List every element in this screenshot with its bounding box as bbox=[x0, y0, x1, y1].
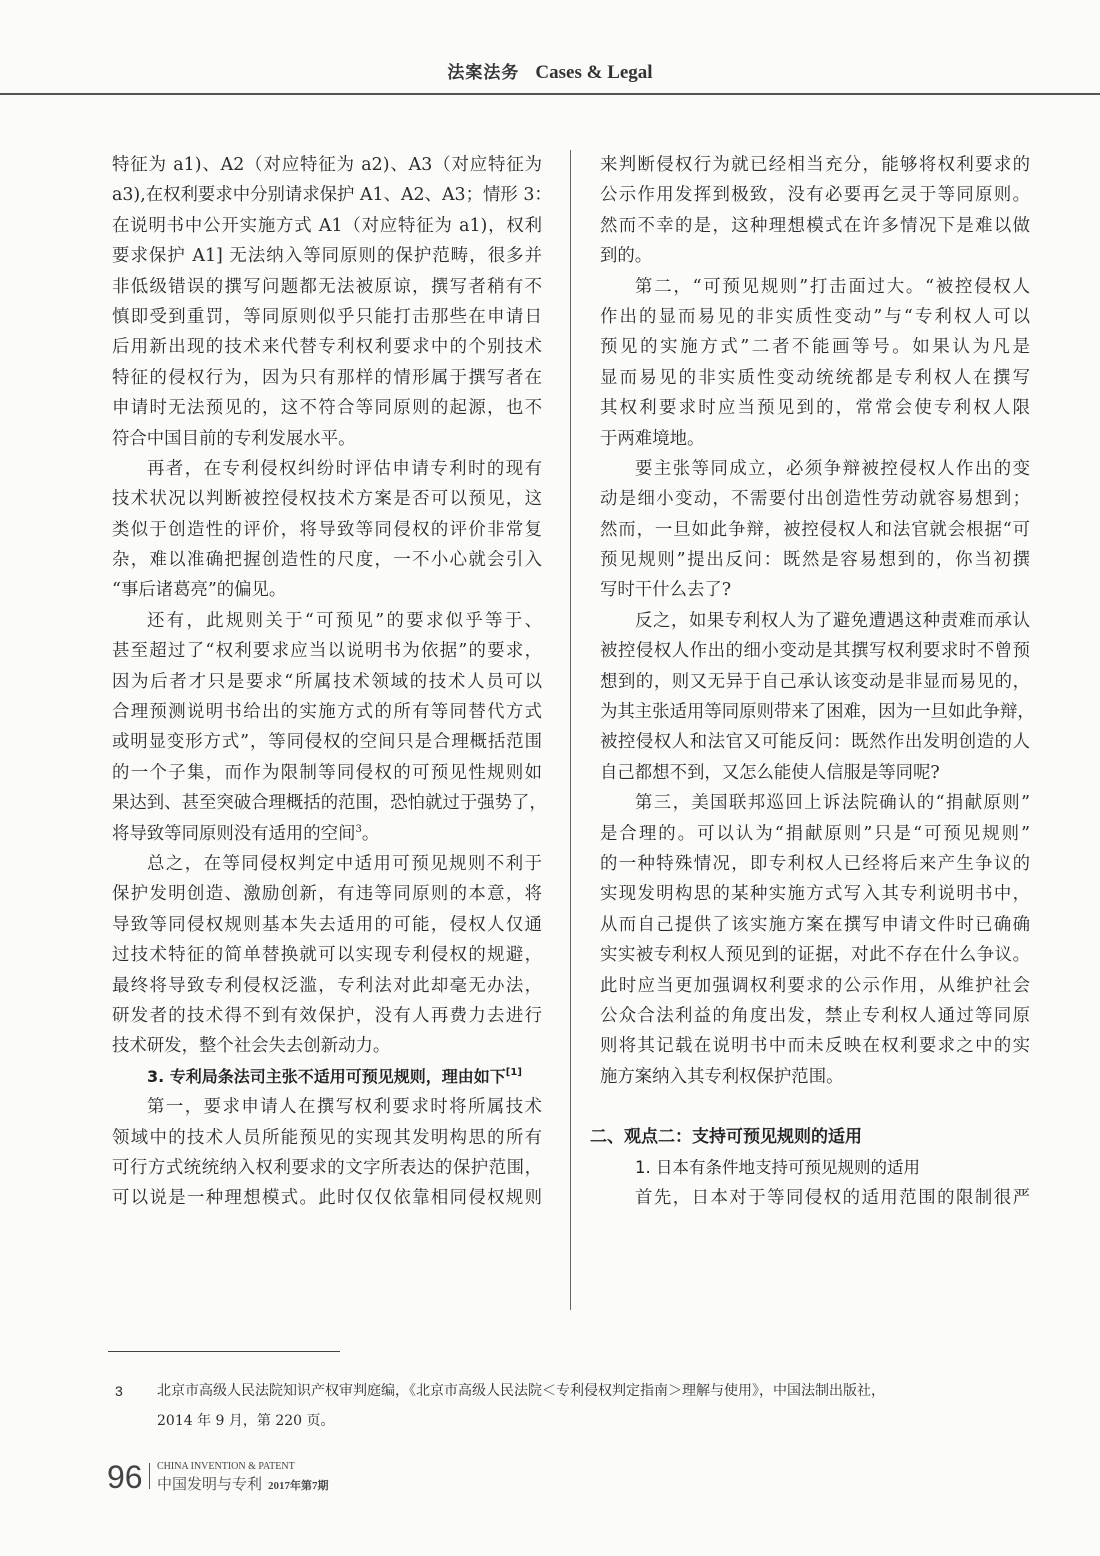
text-line: 实现发明构思的某种实施方式写入其专利说明书中， bbox=[600, 879, 1030, 909]
text-line: 总之，在等同侵权判定中适用可预见规则不利于 bbox=[112, 849, 542, 879]
text-line: 其权利要求时应当预见到的，常常会使专利权人限 bbox=[600, 393, 1030, 423]
paragraph: 第二，“可预见规则”打击面过大。“被控侵权人 作出的显而易见的非实质性变动”与“… bbox=[600, 272, 1030, 454]
left-column: 特征为 a1)、A2（对应特征为 a2)、A3（对应特征为 a3),在权利要求中… bbox=[112, 150, 542, 1214]
paragraph: 还有，此规则关于“可预见”的要求似乎等于、 甚至超过了“权利要求应当以说明书为依… bbox=[112, 606, 542, 849]
text-line: 保护发明创造、激励创新，有违等同原则的本意，将 bbox=[112, 879, 542, 909]
footnote-text: 北京市高级人民法院知识产权审判庭编，《北京市高级人民法院＜专利侵权判定指南＞理解… bbox=[157, 1376, 1035, 1406]
paragraph: 总之，在等同侵权判定中适用可预见规则不利于 保护发明创造、激励创新，有违等同原则… bbox=[112, 849, 542, 1062]
text-line: 施方案纳入其专利权保护范围。 bbox=[600, 1062, 1030, 1092]
footnote-text: 2014 年 9 月，第 220 页。 bbox=[157, 1406, 1035, 1436]
paragraph: 来判断侵权行为就已经相当充分，能够将权利要求的 公示作用发挥到极致，没有必要再乞… bbox=[600, 150, 1030, 272]
text-line: 到的。 bbox=[600, 241, 1030, 271]
paragraph: 特征为 a1)、A2（对应特征为 a2)、A3（对应特征为 a3),在权利要求中… bbox=[112, 150, 542, 454]
text-line: 第二，“可预见规则”打击面过大。“被控侵权人 bbox=[600, 272, 1030, 302]
text-line: 此时应当更加强调权利要求的公示作用，从维护社会 bbox=[600, 971, 1030, 1001]
text-line: 技术研发，整个社会失去创新动力。 bbox=[112, 1031, 542, 1061]
section-title-en: Cases & Legal bbox=[535, 62, 652, 83]
text-line: 符合中国目前的专利发展水平。 bbox=[112, 424, 542, 454]
text-line: 动是细小变动，不需要付出创造性劳动就容易想到； bbox=[600, 484, 1030, 514]
text-line: 技术状况以判断被控侵权技术方案是否可以预见，这 bbox=[112, 484, 542, 514]
text-line: 果达到、甚至突破合理概括的范围，恐怕就过于强势了， bbox=[112, 788, 542, 818]
text-line: 最终将导致专利侵权泛滥，专利法对此却毫无办法， bbox=[112, 971, 542, 1001]
text-line: 为其主张适用等同原则带来了困难，因为一旦如此争辩， bbox=[600, 697, 1030, 727]
text-line: 将导致等同原则没有适用的空间3。 bbox=[112, 819, 542, 849]
text-line: 公示作用发挥到极致，没有必要再乞灵于等同原则。 bbox=[600, 180, 1030, 210]
header-rule bbox=[0, 93, 1100, 95]
journal-title: 中国发明与专利 bbox=[157, 1475, 262, 1493]
text-line: 还有，此规则关于“可预见”的要求似乎等于、 bbox=[112, 606, 542, 636]
text-line: 首先，日本对于等同侵权的适用范围的限制很严 bbox=[600, 1183, 1030, 1213]
text-line: 特征为 a1)、A2（对应特征为 a2)、A3（对应特征为 bbox=[112, 150, 542, 180]
text-line: 特征的侵权行为，因为只有那样的情形属于撰写者在 bbox=[112, 363, 542, 393]
footnote: 3 北京市高级人民法院知识产权审判庭编，《北京市高级人民法院＜专利侵权判定指南＞… bbox=[115, 1376, 1035, 1436]
column-divider bbox=[570, 150, 571, 1310]
text-line: 甚至超过了“权利要求应当以说明书为依据”的要求， bbox=[112, 636, 542, 666]
text-line: 显而易见的非实质性变动统统都是专利权人在撰写 bbox=[600, 363, 1030, 393]
footnote-rule bbox=[108, 1351, 340, 1352]
text-line: 的一种特殊情况，即专利权人已经将后来产生争议的 bbox=[600, 849, 1030, 879]
journal-name-zh: 中国发明与专利2017年第7期 bbox=[157, 1473, 329, 1494]
paragraph: 要主张等同成立，必须争辩被控侵权人作出的变 动是细小变动，不需要付出创造性劳动就… bbox=[600, 454, 1030, 606]
issue-label: 2017年第7期 bbox=[268, 1480, 329, 1492]
paragraph: 第一，要求申请人在撰写权利要求时将所属技术 领域中的技术人员所能预见的实现其发明… bbox=[112, 1092, 542, 1214]
text-line: 从而自己提供了该实施方案在撰写申请文件时已确确 bbox=[600, 910, 1030, 940]
text-line: 或明显变形方式”，等同侵权的空间只是合理概括范围 bbox=[112, 727, 542, 757]
paragraph: 反之，如果专利权人为了避免遭遇这种责难而承认 被控侵权人作出的细小变动是其撰写权… bbox=[600, 606, 1030, 788]
text-line: 可行方式统统纳入权利要求的文字所表达的保护范围， bbox=[112, 1153, 542, 1183]
text-line: 预见的实施方式”二者不能画等号。如果认为凡是 bbox=[600, 332, 1030, 362]
section-title: 法案法务Cases & Legal bbox=[0, 58, 1100, 84]
text-line: 因为后者才只是要求“所属技术领域的技术人员可以 bbox=[112, 667, 542, 697]
text-line: “事后诸葛亮”的偏见。 bbox=[112, 575, 542, 605]
spacer bbox=[600, 1092, 1030, 1122]
text-line: 来判断侵权行为就已经相当充分，能够将权利要求的 bbox=[600, 150, 1030, 180]
text-line: 自己都想不到，又怎么能使人信服是等同呢? bbox=[600, 758, 1030, 788]
text-line: 再者，在专利侵权纠纷时评估申请专利时的现有 bbox=[112, 454, 542, 484]
subsection-heading-text: 3. 专利局条法司主张不适用可预见规则，理由如下 bbox=[147, 1067, 506, 1086]
text-line: 要主张等同成立，必须争辩被控侵权人作出的变 bbox=[600, 454, 1030, 484]
section-title-zh: 法案法务 bbox=[447, 63, 519, 83]
text-line: 要求保护 A1] 无法纳入等同原则的保护范畴，很多并 bbox=[112, 241, 542, 271]
text-line: 慎即受到重罚，等同原则似乎只能打击那些在申请日 bbox=[112, 302, 542, 332]
text-line: 导致等同侵权规则基本失去适用的可能，侵权人仅通 bbox=[112, 910, 542, 940]
reference-marker[interactable]: [1] bbox=[506, 1067, 522, 1078]
text-line: a3),在权利要求中分别请求保护 A1、A2、A3；情形 3： bbox=[112, 180, 542, 210]
text-line: 然而，一旦如此争辩，被控侵权人和法官就会根据“可 bbox=[600, 515, 1030, 545]
text-line: 则将其记载在说明书中而未反映在权利要求之中的实 bbox=[600, 1031, 1030, 1061]
text-fragment: 。 bbox=[362, 824, 379, 844]
text-line: 合理预测说明书给出的实施方式的所有等同替代方式 bbox=[112, 697, 542, 727]
subsection-heading: 1. 日本有条件地支持可预见规则的适用 bbox=[600, 1153, 1030, 1183]
text-line: 后用新出现的技术来代替专利权利要求中的个别技术 bbox=[112, 332, 542, 362]
text-line: 预见规则”提出反问：既然是容易想到的，你当初撰 bbox=[600, 545, 1030, 575]
text-line: 第一，要求申请人在撰写权利要求时将所属技术 bbox=[112, 1092, 542, 1122]
text-line: 然而不幸的是，这种理想模式在许多情况下是难以做 bbox=[600, 211, 1030, 241]
paragraph: 再者，在专利侵权纠纷时评估申请专利时的现有 技术状况以判断被控侵权技术方案是否可… bbox=[112, 454, 542, 606]
text-line: 杂，难以准确把握创造性的尺度，一不小心就会引入 bbox=[112, 545, 542, 575]
text-line: 想到的，则又无异于自己承认该变动是非显而易见的， bbox=[600, 667, 1030, 697]
paragraph: 第三，美国联邦巡回上诉法院确认的“捐献原则” 是合理的。可以认为“捐献原则”只是… bbox=[600, 788, 1030, 1092]
text-line: 领域中的技术人员所能预见的实现其发明构思的所有 bbox=[112, 1123, 542, 1153]
subsection-heading: 3. 专利局条法司主张不适用可预见规则，理由如下[1] bbox=[112, 1062, 542, 1092]
text-line: 实实被专利权人预见到的证据，对此不存在什么争议。 bbox=[600, 940, 1030, 970]
text-line: 非低级错误的撰写问题都无法被原谅，撰写者稍有不 bbox=[112, 272, 542, 302]
footnote-number: 3 bbox=[115, 1376, 123, 1406]
text-line: 作出的显而易见的非实质性变动”与“专利权人可以 bbox=[600, 302, 1030, 332]
text-line: 第三，美国联邦巡回上诉法院确认的“捐献原则” bbox=[600, 788, 1030, 818]
page-number: 96 bbox=[107, 1459, 143, 1495]
paragraph: 首先，日本对于等同侵权的适用范围的限制很严 bbox=[600, 1183, 1030, 1213]
text-line: 反之，如果专利权人为了避免遭遇这种责难而承认 bbox=[600, 606, 1030, 636]
footer-divider bbox=[149, 1463, 150, 1489]
text-line: 写时干什么去了? bbox=[600, 575, 1030, 605]
right-column: 来判断侵权行为就已经相当充分，能够将权利要求的 公示作用发挥到极致，没有必要再乞… bbox=[600, 150, 1030, 1213]
text-line: 于两难境地。 bbox=[600, 424, 1030, 454]
text-line: 被控侵权人作出的细小变动是其撰写权利要求时不曾预 bbox=[600, 636, 1030, 666]
text-line: 类似于创造性的评价，将导致等同侵权的评价非常复 bbox=[112, 515, 542, 545]
text-line: 可以说是一种理想模式。此时仅仅依靠相同侵权规则 bbox=[112, 1183, 542, 1213]
text-line: 的一个子集，而作为限制等同侵权的可预见性规则如 bbox=[112, 758, 542, 788]
text-line: 申请时无法预见的，这不符合等同原则的起源，也不 bbox=[112, 393, 542, 423]
text-line: 在说明书中公开实施方式 A1（对应特征为 a1)，权利 bbox=[112, 211, 542, 241]
text-fragment: 将导致等同原则没有适用的空间 bbox=[112, 824, 355, 844]
text-line: 过技术特征的简单替换就可以实现专利侵权的规避， bbox=[112, 940, 542, 970]
section-heading: 二、观点二：支持可预见规则的适用 bbox=[590, 1122, 1030, 1152]
journal-name-en: CHINA INVENTION & PATENT bbox=[157, 1461, 295, 1472]
text-line: 被控侵权人和法官又可能反问：既然作出发明创造的人 bbox=[600, 727, 1030, 757]
text-line: 研发者的技术得不到有效保护，没有人再费力去进行 bbox=[112, 1001, 542, 1031]
text-line: 是合理的。可以认为“捐献原则”只是“可预见规则” bbox=[600, 819, 1030, 849]
text-line: 公众合法利益的角度出发，禁止专利权人通过等同原 bbox=[600, 1001, 1030, 1031]
